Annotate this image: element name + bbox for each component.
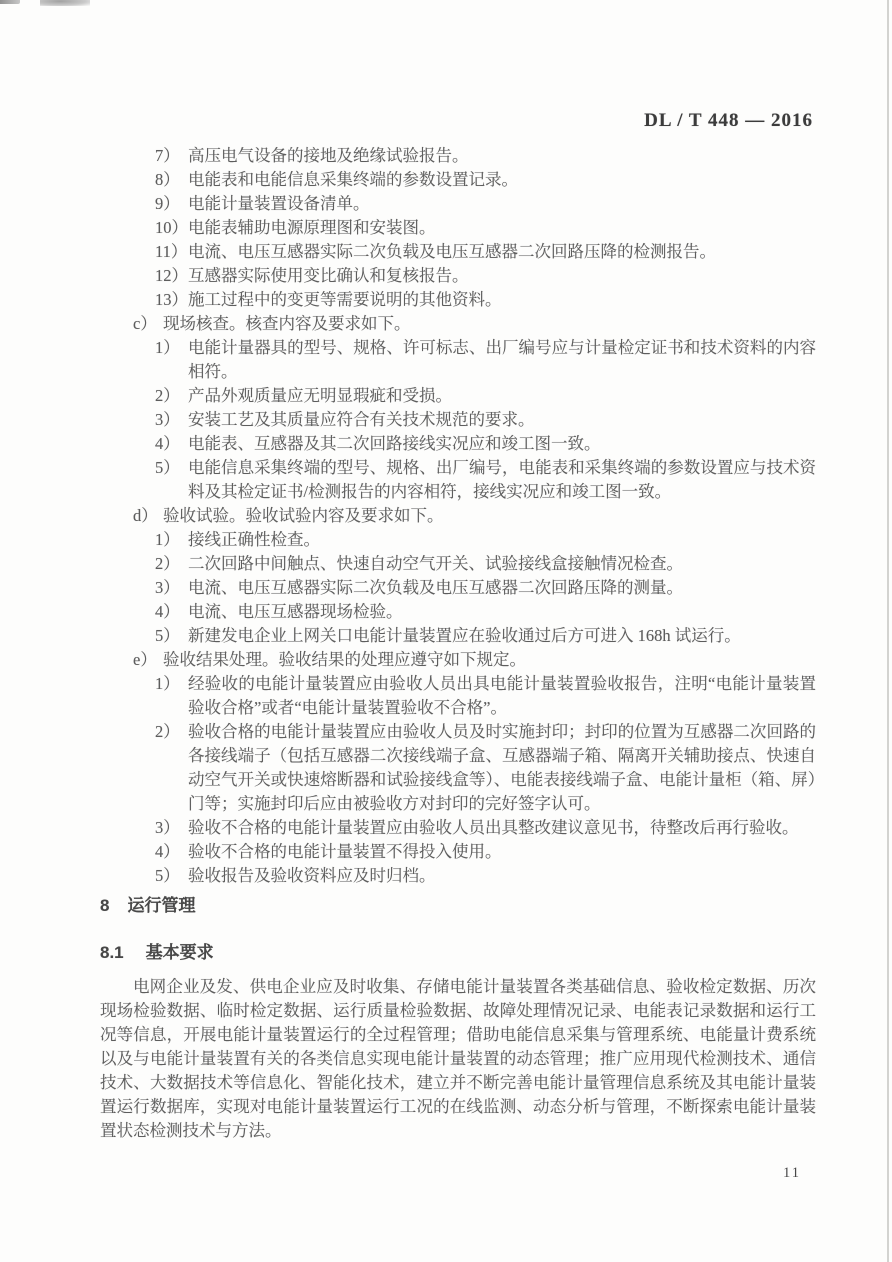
item-number: 7）	[155, 144, 188, 168]
item-text: 电能计量装置设备清单。	[188, 192, 816, 216]
section-number: 8	[100, 893, 109, 919]
item-text: 验收报告及验收资料应及时归档。	[188, 864, 816, 888]
item-text: 电流、电压互感器现场检验。	[188, 600, 816, 624]
section-heading: 8 运行管理	[100, 893, 816, 919]
item-text: 产品外观质量应无明显瑕疵和受损。	[188, 384, 816, 408]
item-text: 电流、电压互感器实际二次负载及电压互感器二次回路压降的测量。	[188, 576, 816, 600]
list-item: 2） 二次回路中间触点、快速自动空气开关、试验接线盒接触情况检查。	[155, 552, 816, 576]
item-text: 电能表、互感器及其二次回路接线实况应和竣工图一致。	[188, 432, 816, 456]
list-item: 2） 验收合格的电能计量装置应由验收人员及时实施封印；封印的位置为互感器二次回路…	[155, 720, 816, 816]
page-number: 11	[783, 1165, 801, 1182]
item-text: 验收不合格的电能计量装置不得投入使用。	[188, 840, 816, 864]
item-lead: 验收试验。验收试验内容及要求如下。	[163, 504, 816, 528]
item-text: 电能表辅助电源原理图和安装图。	[188, 216, 816, 240]
list-item: 12） 互感器实际使用变比确认和复核报告。	[155, 264, 816, 288]
item-number: 3）	[155, 816, 188, 840]
list-item: 1） 接线正确性检查。	[155, 528, 816, 552]
list-item: 9） 电能计量装置设备清单。	[155, 192, 816, 216]
list-item: 8） 电能表和电能信息采集终端的参数设置记录。	[155, 168, 816, 192]
item-number: 1）	[155, 528, 188, 552]
item-text: 验收不合格的电能计量装置应由验收人员出具整改建议意见书，待整改后再行验收。	[188, 816, 816, 840]
list-item: 10） 电能表辅助电源原理图和安装图。	[155, 216, 816, 240]
item-text: 经验收的电能计量装置应由验收人员出具电能计量装置验收报告，注明“电能计量装置验收…	[188, 672, 816, 720]
subsection-heading: 8.1 基本要求	[100, 940, 816, 966]
list-item: 5） 电能信息采集终端的型号、规格、出厂编号，电能表和采集终端的参数设置应与技术…	[155, 456, 816, 504]
list-item: 1） 电能计量器具的型号、规格、许可标志、出厂编号应与计量检定证书和技术资料的内…	[155, 336, 816, 384]
list-item: 11） 电流、电压互感器实际二次负载及电压互感器二次回路压降的检测报告。	[155, 240, 816, 264]
item-number: 8）	[155, 168, 188, 192]
item-lead: 验收结果处理。验收结果的处理应遵守如下规定。	[163, 648, 816, 672]
lettered-item-c: c） 现场核查。核查内容及要求如下。	[133, 312, 816, 336]
scan-smudge-left	[0, 0, 20, 4]
list-item: 5） 新建发电企业上网关口电能计量装置应在验收通过后方可进入 168h 试运行。	[155, 624, 816, 648]
item-number: 5）	[155, 864, 188, 888]
doc-code: DL / T 448 — 2016	[644, 110, 813, 132]
item-text: 高压电气设备的接地及绝缘试验报告。	[188, 144, 816, 168]
item-number: 2）	[155, 552, 188, 576]
list-item: 5） 验收报告及验收资料应及时归档。	[155, 864, 816, 888]
item-text: 电流、电压互感器实际二次负载及电压互感器二次回路压降的检测报告。	[188, 240, 816, 264]
list-item: 4） 电流、电压互感器现场检验。	[155, 600, 816, 624]
item-text: 电能表和电能信息采集终端的参数设置记录。	[188, 168, 816, 192]
item-number: 10）	[155, 216, 188, 240]
item-marker: e）	[133, 648, 163, 672]
item-text: 电能计量器具的型号、规格、许可标志、出厂编号应与计量检定证书和技术资料的内容相符…	[188, 336, 816, 384]
item-text: 安装工艺及其质量应符合有关技术规范的要求。	[188, 408, 816, 432]
page-edge-line	[887, 0, 889, 1262]
section-title: 运行管理	[127, 893, 195, 919]
item-number: 1）	[155, 336, 188, 384]
list-item: 13） 施工过程中的变更等需要说明的其他资料。	[155, 288, 816, 312]
page-content: 7） 高压电气设备的接地及绝缘试验报告。 8） 电能表和电能信息采集终端的参数设…	[100, 144, 816, 1143]
item-number: 4）	[155, 432, 188, 456]
item-number: 12）	[155, 264, 188, 288]
item-number: 3）	[155, 408, 188, 432]
body-paragraph: 电网企业及发、供电企业应及时收集、存储电能计量装置各类基础信息、验收检定数据、历…	[100, 975, 816, 1143]
list-item: 3） 验收不合格的电能计量装置应由验收人员出具整改建议意见书，待整改后再行验收。	[155, 816, 816, 840]
item-number: 4）	[155, 840, 188, 864]
lettered-item-e: e） 验收结果处理。验收结果的处理应遵守如下规定。	[133, 648, 816, 672]
lettered-item-d: d） 验收试验。验收试验内容及要求如下。	[133, 504, 816, 528]
item-text: 互感器实际使用变比确认和复核报告。	[188, 264, 816, 288]
subsection-number: 8.1	[100, 940, 124, 966]
item-marker: d）	[133, 504, 163, 528]
list-item: 3） 电流、电压互感器实际二次负载及电压互感器二次回路压降的测量。	[155, 576, 816, 600]
item-text: 新建发电企业上网关口电能计量装置应在验收通过后方可进入 168h 试运行。	[188, 624, 816, 648]
item-number: 3）	[155, 576, 188, 600]
item-number: 13）	[155, 288, 188, 312]
list-item: 2） 产品外观质量应无明显瑕疵和受损。	[155, 384, 816, 408]
subsection-title: 基本要求	[146, 940, 214, 966]
scan-smudge-top	[40, 0, 90, 6]
item-number: 5）	[155, 624, 188, 648]
item-text: 接线正确性检查。	[188, 528, 816, 552]
list-item: 7） 高压电气设备的接地及绝缘试验报告。	[155, 144, 816, 168]
item-marker: c）	[133, 312, 163, 336]
item-text: 施工过程中的变更等需要说明的其他资料。	[188, 288, 816, 312]
list-item: 1） 经验收的电能计量装置应由验收人员出具电能计量装置验收报告，注明“电能计量装…	[155, 672, 816, 720]
item-number: 5）	[155, 456, 188, 504]
item-text: 二次回路中间触点、快速自动空气开关、试验接线盒接触情况检查。	[188, 552, 816, 576]
document-page: DL / T 448 — 2016 7） 高压电气设备的接地及绝缘试验报告。 8…	[0, 0, 892, 1262]
item-number: 2）	[155, 384, 188, 408]
item-text: 验收合格的电能计量装置应由验收人员及时实施封印；封印的位置为互感器二次回路的各接…	[188, 720, 816, 816]
item-number: 2）	[155, 720, 188, 816]
item-number: 11）	[155, 240, 188, 264]
item-number: 9）	[155, 192, 188, 216]
list-item: 4） 电能表、互感器及其二次回路接线实况应和竣工图一致。	[155, 432, 816, 456]
list-item: 3） 安装工艺及其质量应符合有关技术规范的要求。	[155, 408, 816, 432]
list-item: 4） 验收不合格的电能计量装置不得投入使用。	[155, 840, 816, 864]
item-number: 1）	[155, 672, 188, 720]
item-text: 电能信息采集终端的型号、规格、出厂编号，电能表和采集终端的参数设置应与技术资料及…	[188, 456, 816, 504]
item-lead: 现场核查。核查内容及要求如下。	[163, 312, 816, 336]
item-number: 4）	[155, 600, 188, 624]
